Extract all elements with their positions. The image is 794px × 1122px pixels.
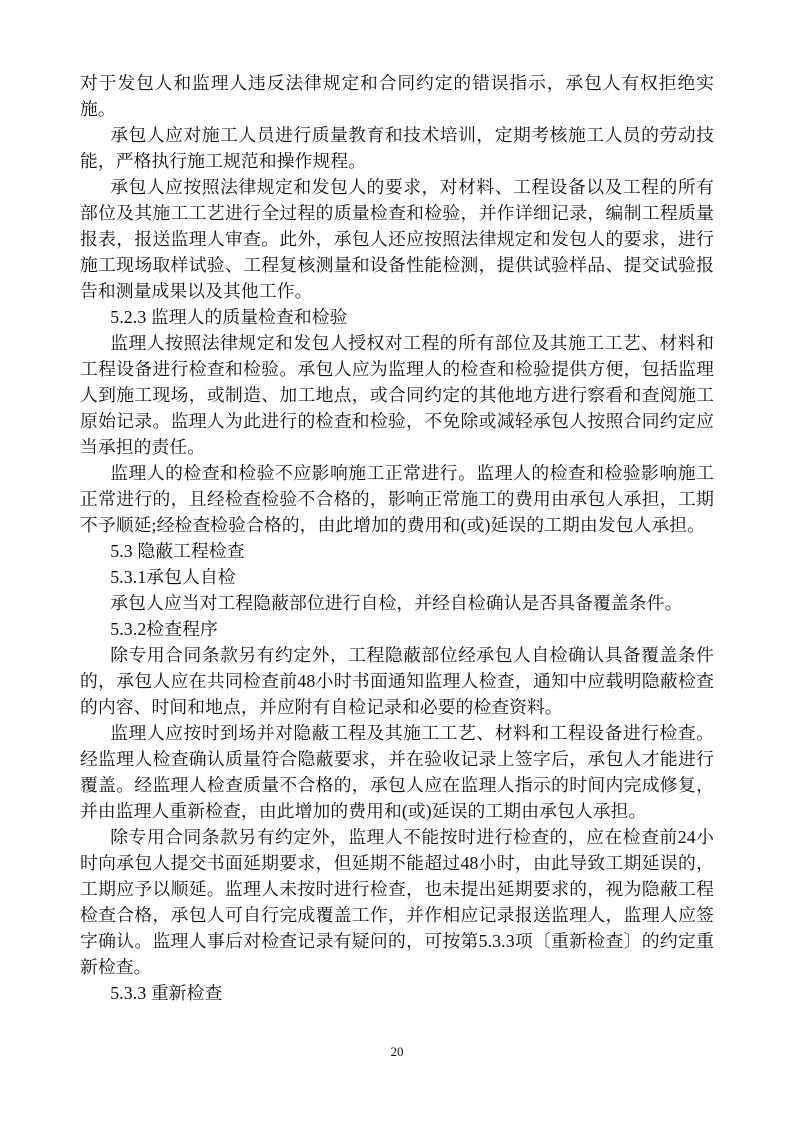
section-heading-5-3-2: 5.3.2检查程序 bbox=[80, 616, 714, 642]
paragraph: 承包人应按照法律规定和发包人的要求，对材料、工程设备以及工程的所有部位及其施工工… bbox=[80, 174, 714, 304]
document-body: 对于发包人和监理人违反法律规定和合同约定的错误指示，承包人有权拒绝实施。 承包人… bbox=[80, 70, 714, 1006]
paragraph: 监理人应按时到场并对隐蔽工程及其施工工艺、材料和工程设备进行检查。经监理人检查确… bbox=[80, 720, 714, 824]
section-heading-5-3: 5.3 隐蔽工程检查 bbox=[80, 538, 714, 564]
page-number: 20 bbox=[0, 1044, 794, 1059]
section-heading-5-3-3: 5.3.3 重新检查 bbox=[80, 980, 714, 1006]
paragraph: 承包人应当对工程隐蔽部位进行自检，并经自检确认是否具备覆盖条件。 bbox=[80, 590, 714, 616]
paragraph: 除专用合同条款另有约定外，监理人不能按时进行检查的，应在检查前24小时向承包人提… bbox=[80, 824, 714, 980]
section-heading-5-3-1: 5.3.1承包人自检 bbox=[80, 564, 714, 590]
paragraph: 监理人的检查和检验不应影响施工正常进行。监理人的检查和检验影响施工正常进行的，且… bbox=[80, 460, 714, 538]
paragraph-continued: 对于发包人和监理人违反法律规定和合同约定的错误指示，承包人有权拒绝实施。 bbox=[80, 70, 714, 122]
paragraph: 除专用合同条款另有约定外，工程隐蔽部位经承包人自检确认具备覆盖条件的，承包人应在… bbox=[80, 642, 714, 720]
paragraph: 承包人应对施工人员进行质量教育和技术培训，定期考核施工人员的劳动技能，严格执行施… bbox=[80, 122, 714, 174]
paragraph: 监理人按照法律规定和发包人授权对工程的所有部位及其施工工艺、材料和工程设备进行检… bbox=[80, 330, 714, 460]
document-page: 对于发包人和监理人违反法律规定和合同约定的错误指示，承包人有权拒绝实施。 承包人… bbox=[0, 0, 794, 1122]
section-heading-5-2-3: 5.2.3 监理人的质量检查和检验 bbox=[80, 304, 714, 330]
